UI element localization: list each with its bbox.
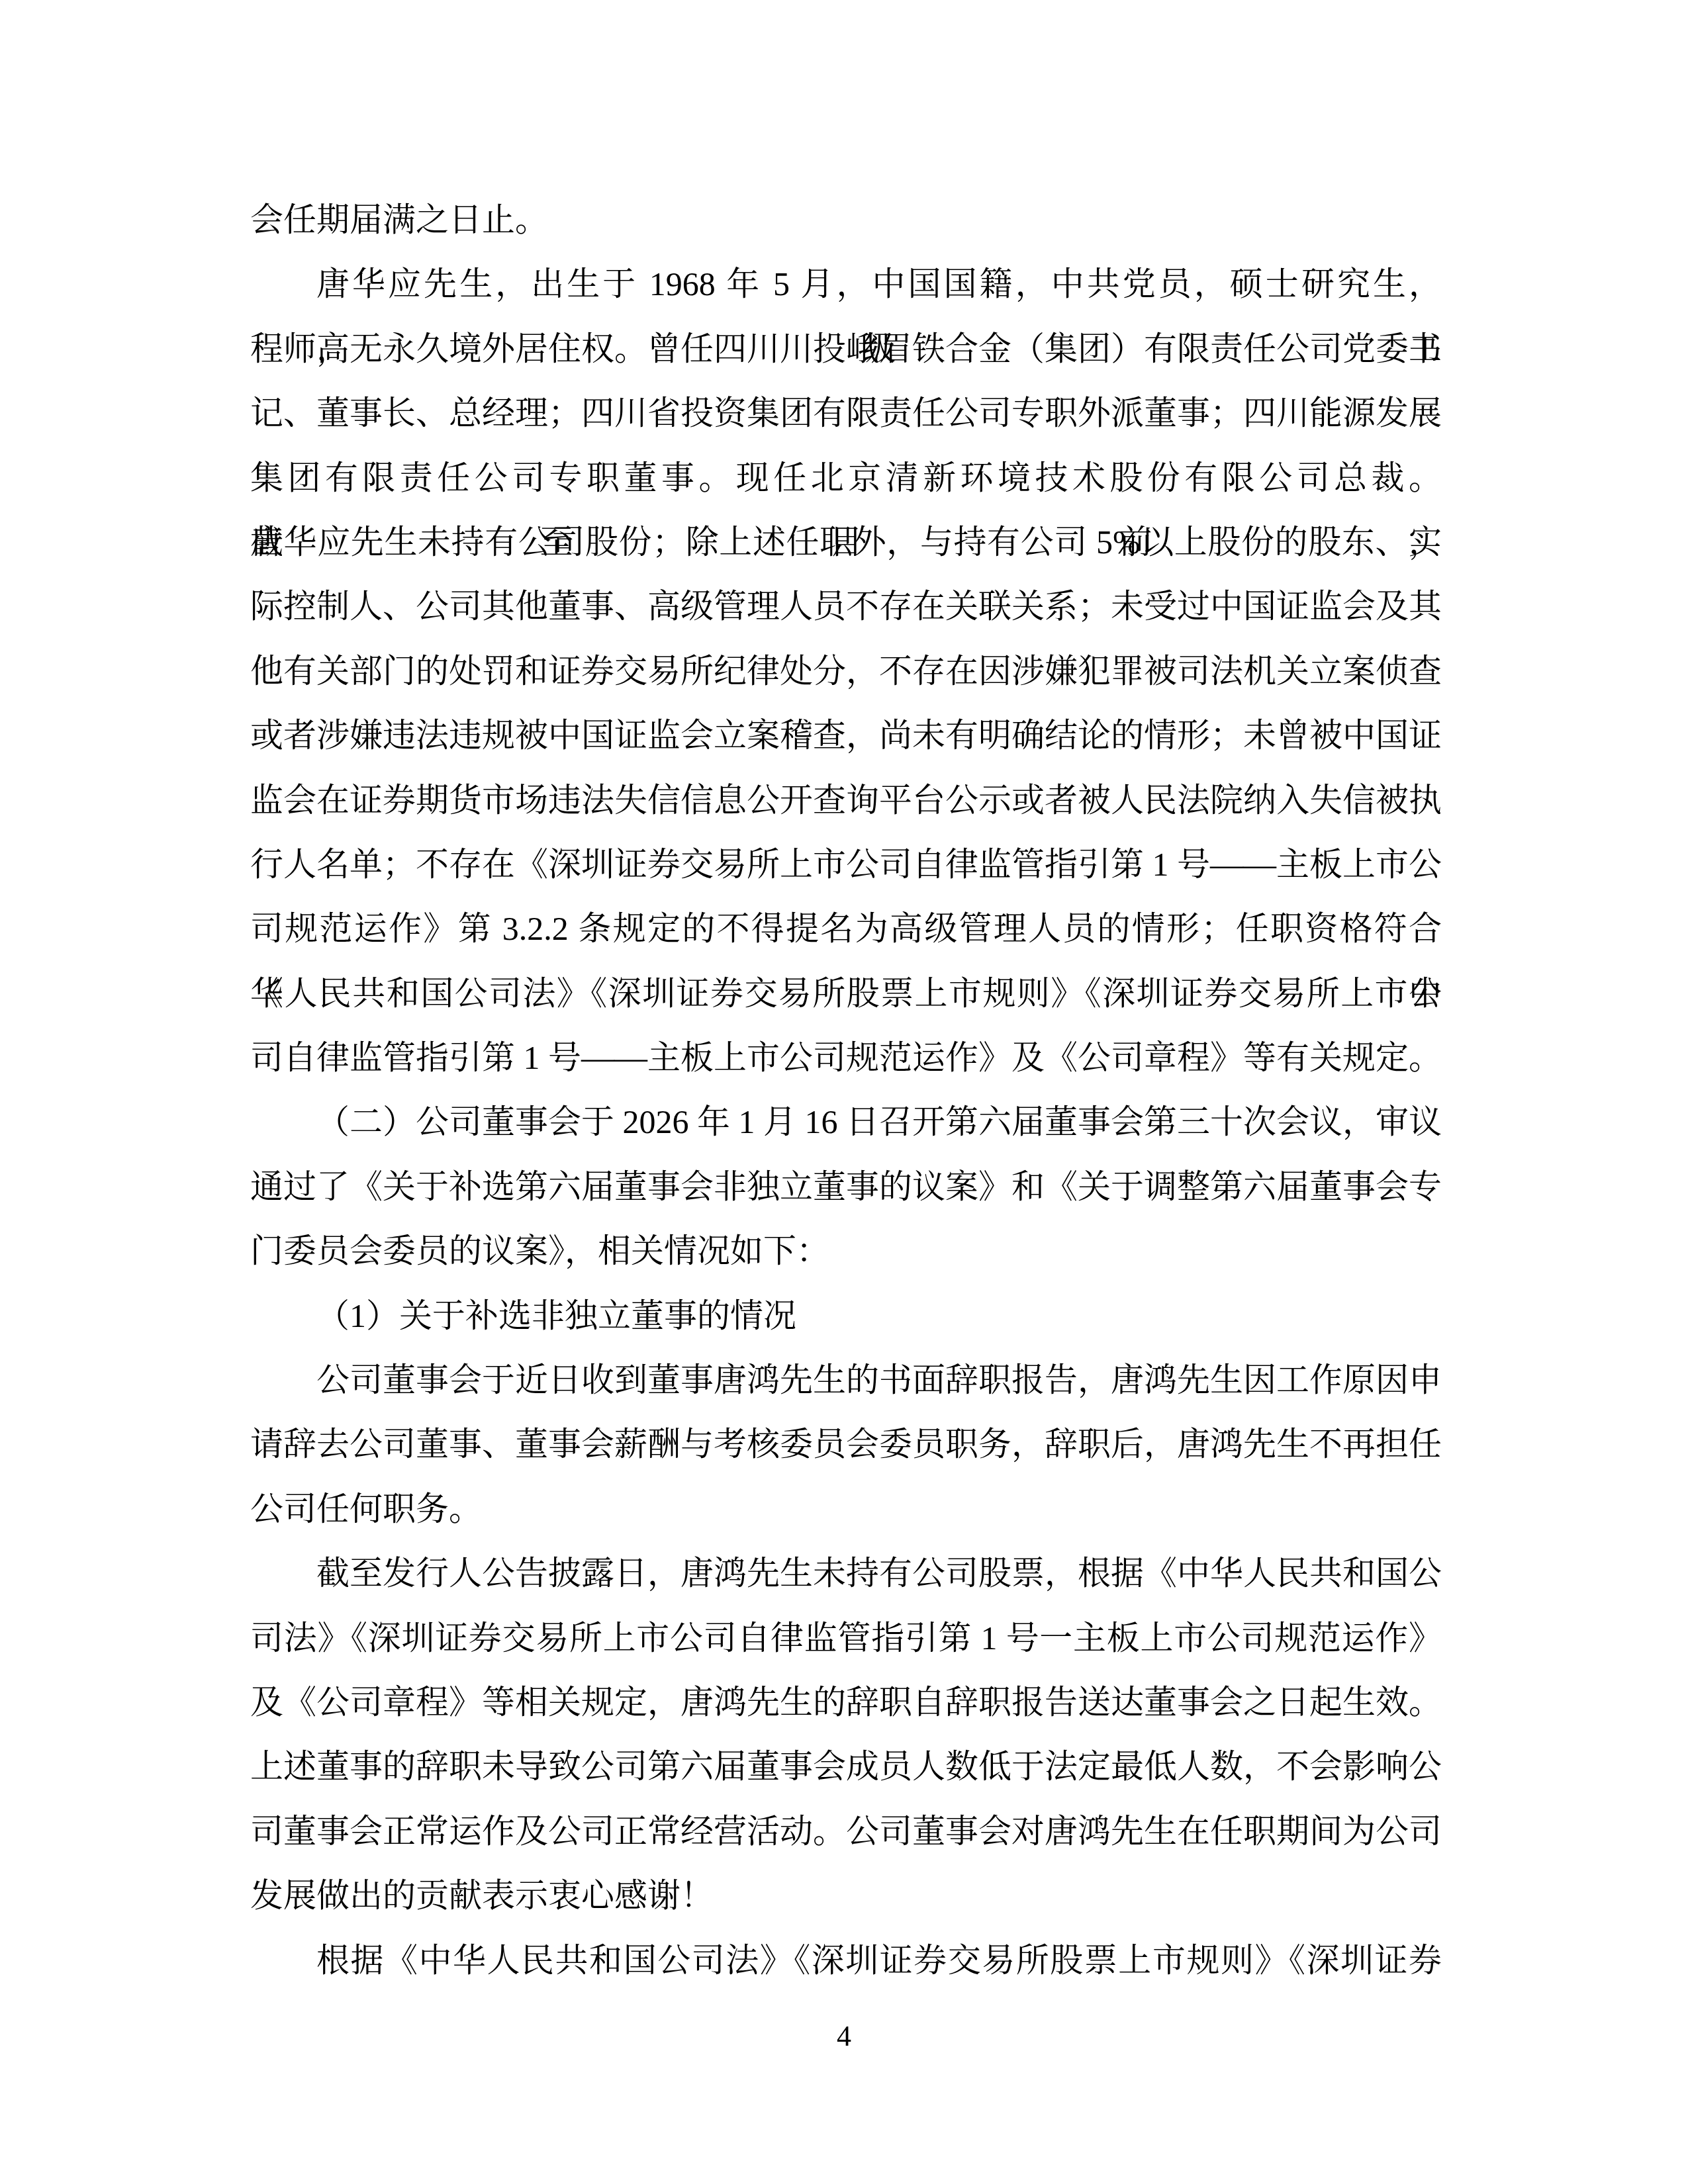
text-line: 行人名单；不存在《深圳证券交易所上市公司自律监管指引第 1 号——主板上市公 [250, 833, 1442, 897]
text-line: 通过了《关于补选第六届董事会非独立董事的议案》和《关于调整第六届董事会专 [250, 1155, 1442, 1219]
text-line: 发展做出的贡献表示衷心感谢！ [250, 1864, 1442, 1928]
text-line: （1）关于补选非独立董事的情况 [250, 1284, 1442, 1348]
paragraph: （1）关于补选非独立董事的情况 [250, 1284, 1442, 1348]
text-line: 公司董事会于近日收到董事唐鸿先生的书面辞职报告，唐鸿先生因工作原因申 [250, 1348, 1442, 1412]
paragraph: 唐华应先生，出生于 1968 年 5 月，中国国籍，中共党员，硕士研究生，高级工… [250, 252, 1442, 1090]
text-line: 际控制人、公司其他董事、高级管理人员不存在关联关系；未受过中国证监会及其 [250, 574, 1442, 639]
text-line: 请辞去公司董事、董事会薪酬与考核委员会委员职务，辞职后，唐鸿先生不再担任 [250, 1412, 1442, 1477]
text-line: 会任期届满之日止。 [250, 188, 1442, 252]
text-line: 司董事会正常运作及公司正常经营活动。公司董事会对唐鸿先生在任职期间为公司 [250, 1799, 1442, 1864]
paragraph: 截至发行人公告披露日，唐鸿先生未持有公司股票，根据《中华人民共和国公司法》《深圳… [250, 1541, 1442, 1928]
text-line: 上述董事的辞职未导致公司第六届董事会成员人数低于法定最低人数，不会影响公 [250, 1735, 1442, 1799]
paragraph: （二）公司董事会于 2026 年 1 月 16 日召开第六届董事会第三十次会议，… [250, 1090, 1442, 1283]
text-line: 程师，无永久境外居住权。曾任四川川投峨眉铁合金（集团）有限责任公司党委书 [250, 317, 1442, 381]
text-line: 或者涉嫌违法违规被中国证监会立案稽查，尚未有明确结论的情形；未曾被中国证 [250, 704, 1442, 768]
text-line: 他有关部门的处罚和证券交易所纪律处分，不存在因涉嫌犯罪被司法机关立案侦查 [250, 639, 1442, 704]
text-line: （二）公司董事会于 2026 年 1 月 16 日召开第六届董事会第三十次会议，… [250, 1090, 1442, 1154]
paragraph: 根据《中华人民共和国公司法》《深圳证券交易所股票上市规则》《深圳证券 [250, 1929, 1442, 1993]
text-line: 截至发行人公告披露日，唐鸿先生未持有公司股票，根据《中华人民共和国公 [250, 1541, 1442, 1606]
document-body: 会任期届满之日止。唐华应先生，出生于 1968 年 5 月，中国国籍，中共党员，… [250, 188, 1442, 1993]
page-number: 4 [0, 2020, 1688, 2053]
text-line: 司法》《深圳证券交易所上市公司自律监管指引第 1 号一主板上市公司规范运作》 [250, 1606, 1442, 1670]
paragraph: 公司董事会于近日收到董事唐鸿先生的书面辞职报告，唐鸿先生因工作原因申请辞去公司董… [250, 1348, 1442, 1541]
document-page: 会任期届满之日止。唐华应先生，出生于 1968 年 5 月，中国国籍，中共党员，… [0, 0, 1688, 2184]
text-line: 唐华应先生，出生于 1968 年 5 月，中国国籍，中共党员，硕士研究生，高级工 [250, 252, 1442, 316]
paragraph: 会任期届满之日止。 [250, 188, 1442, 252]
text-line: 门委员会委员的议案》，相关情况如下： [250, 1219, 1442, 1283]
text-line: 司自律监管指引第 1 号——主板上市公司规范运作》及《公司章程》等有关规定。 [250, 1026, 1442, 1090]
text-line: 及《公司章程》等相关规定，唐鸿先生的辞职自辞职报告送达董事会之日起生效。 [250, 1670, 1442, 1735]
text-line: 公司任何职务。 [250, 1477, 1442, 1541]
text-line: 司规范运作》第 3.2.2 条规定的不得提名为高级管理人员的情形；任职资格符合《… [250, 897, 1442, 961]
text-line: 唐华应先生未持有公司股份；除上述任职外，与持有公司 5%以上股份的股东、实 [250, 510, 1442, 574]
text-line: 集团有限责任公司专职董事。现任北京清新环境技术股份有限公司总裁。截至目前， [250, 446, 1442, 510]
text-line: 记、董事长、总经理；四川省投资集团有限责任公司专职外派董事；四川能源发展 [250, 381, 1442, 445]
text-line: 监会在证券期货市场违法失信信息公开查询平台公示或者被人民法院纳入失信被执 [250, 768, 1442, 833]
text-line: 根据《中华人民共和国公司法》《深圳证券交易所股票上市规则》《深圳证券 [250, 1929, 1442, 1993]
text-line: 华人民共和国公司法》《深圳证券交易所股票上市规则》《深圳证券交易所上市公 [250, 962, 1442, 1026]
